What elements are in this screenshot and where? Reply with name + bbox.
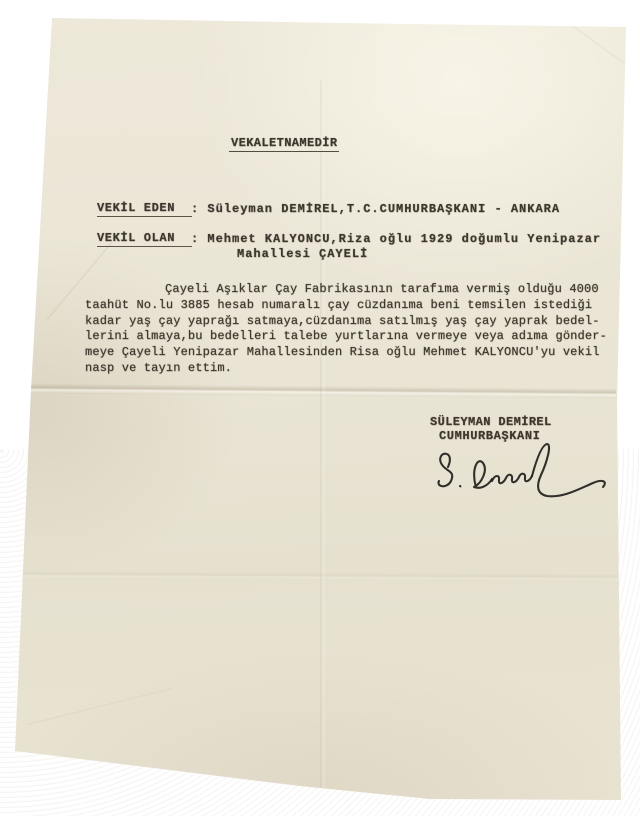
body-line: lerini almaya,bu bedelleri talebe yurtla… [85,329,620,345]
diagonal-crease-bottom-left [26,688,172,727]
party-value-vekil-eden: : Süleyman DEMİREL,T.C.CUMHURBAŞKANI - A… [191,202,560,216]
party-label-vekil-eden: VEKİL EDEN [97,201,192,217]
body-line: nasp ve tayın ettim. [85,361,620,377]
signatory-name: SÜLEYMAN DEMİREL [430,415,552,429]
body-paragraph: Çayeli Aşıklar Çay Fabrikasının tarafıma… [85,282,620,377]
vertical-fold-crease [320,80,327,796]
handwritten-signature [423,436,623,514]
body-line: taahüt No.lu 3885 hesab numaralı çay cüz… [85,298,620,314]
horizontal-fold-crease [28,383,616,398]
horizontal-fold-crease-faint [22,570,618,581]
body-line: kadar yaş çay yaprağı satmaya,cüzdanıma … [85,314,620,330]
diagonal-crease-top-right [548,8,639,75]
party-label-vekil-olan: VEKİL OLAN [97,231,192,247]
document-paper: VEKALETNAMEDİR VEKİL EDEN : Süleyman DEM… [0,0,640,816]
document-title: VEKALETNAMEDİR [229,136,339,152]
photo-background-wood: VEKALETNAMEDİR VEKİL EDEN : Süleyman DEM… [0,0,640,816]
body-line: meye Çayeli Yenipazar Mahallesinden Risa… [85,345,620,361]
party-value-vekil-olan-line2: Mahallesi ÇAYELİ [237,247,368,261]
party-value-vekil-olan-line1: : Mehmet KALYONCU,Riza oğlu 1929 doğumlu… [191,232,601,246]
body-line: Çayeli Aşıklar Çay Fabrikasının tarafıma… [85,282,620,298]
